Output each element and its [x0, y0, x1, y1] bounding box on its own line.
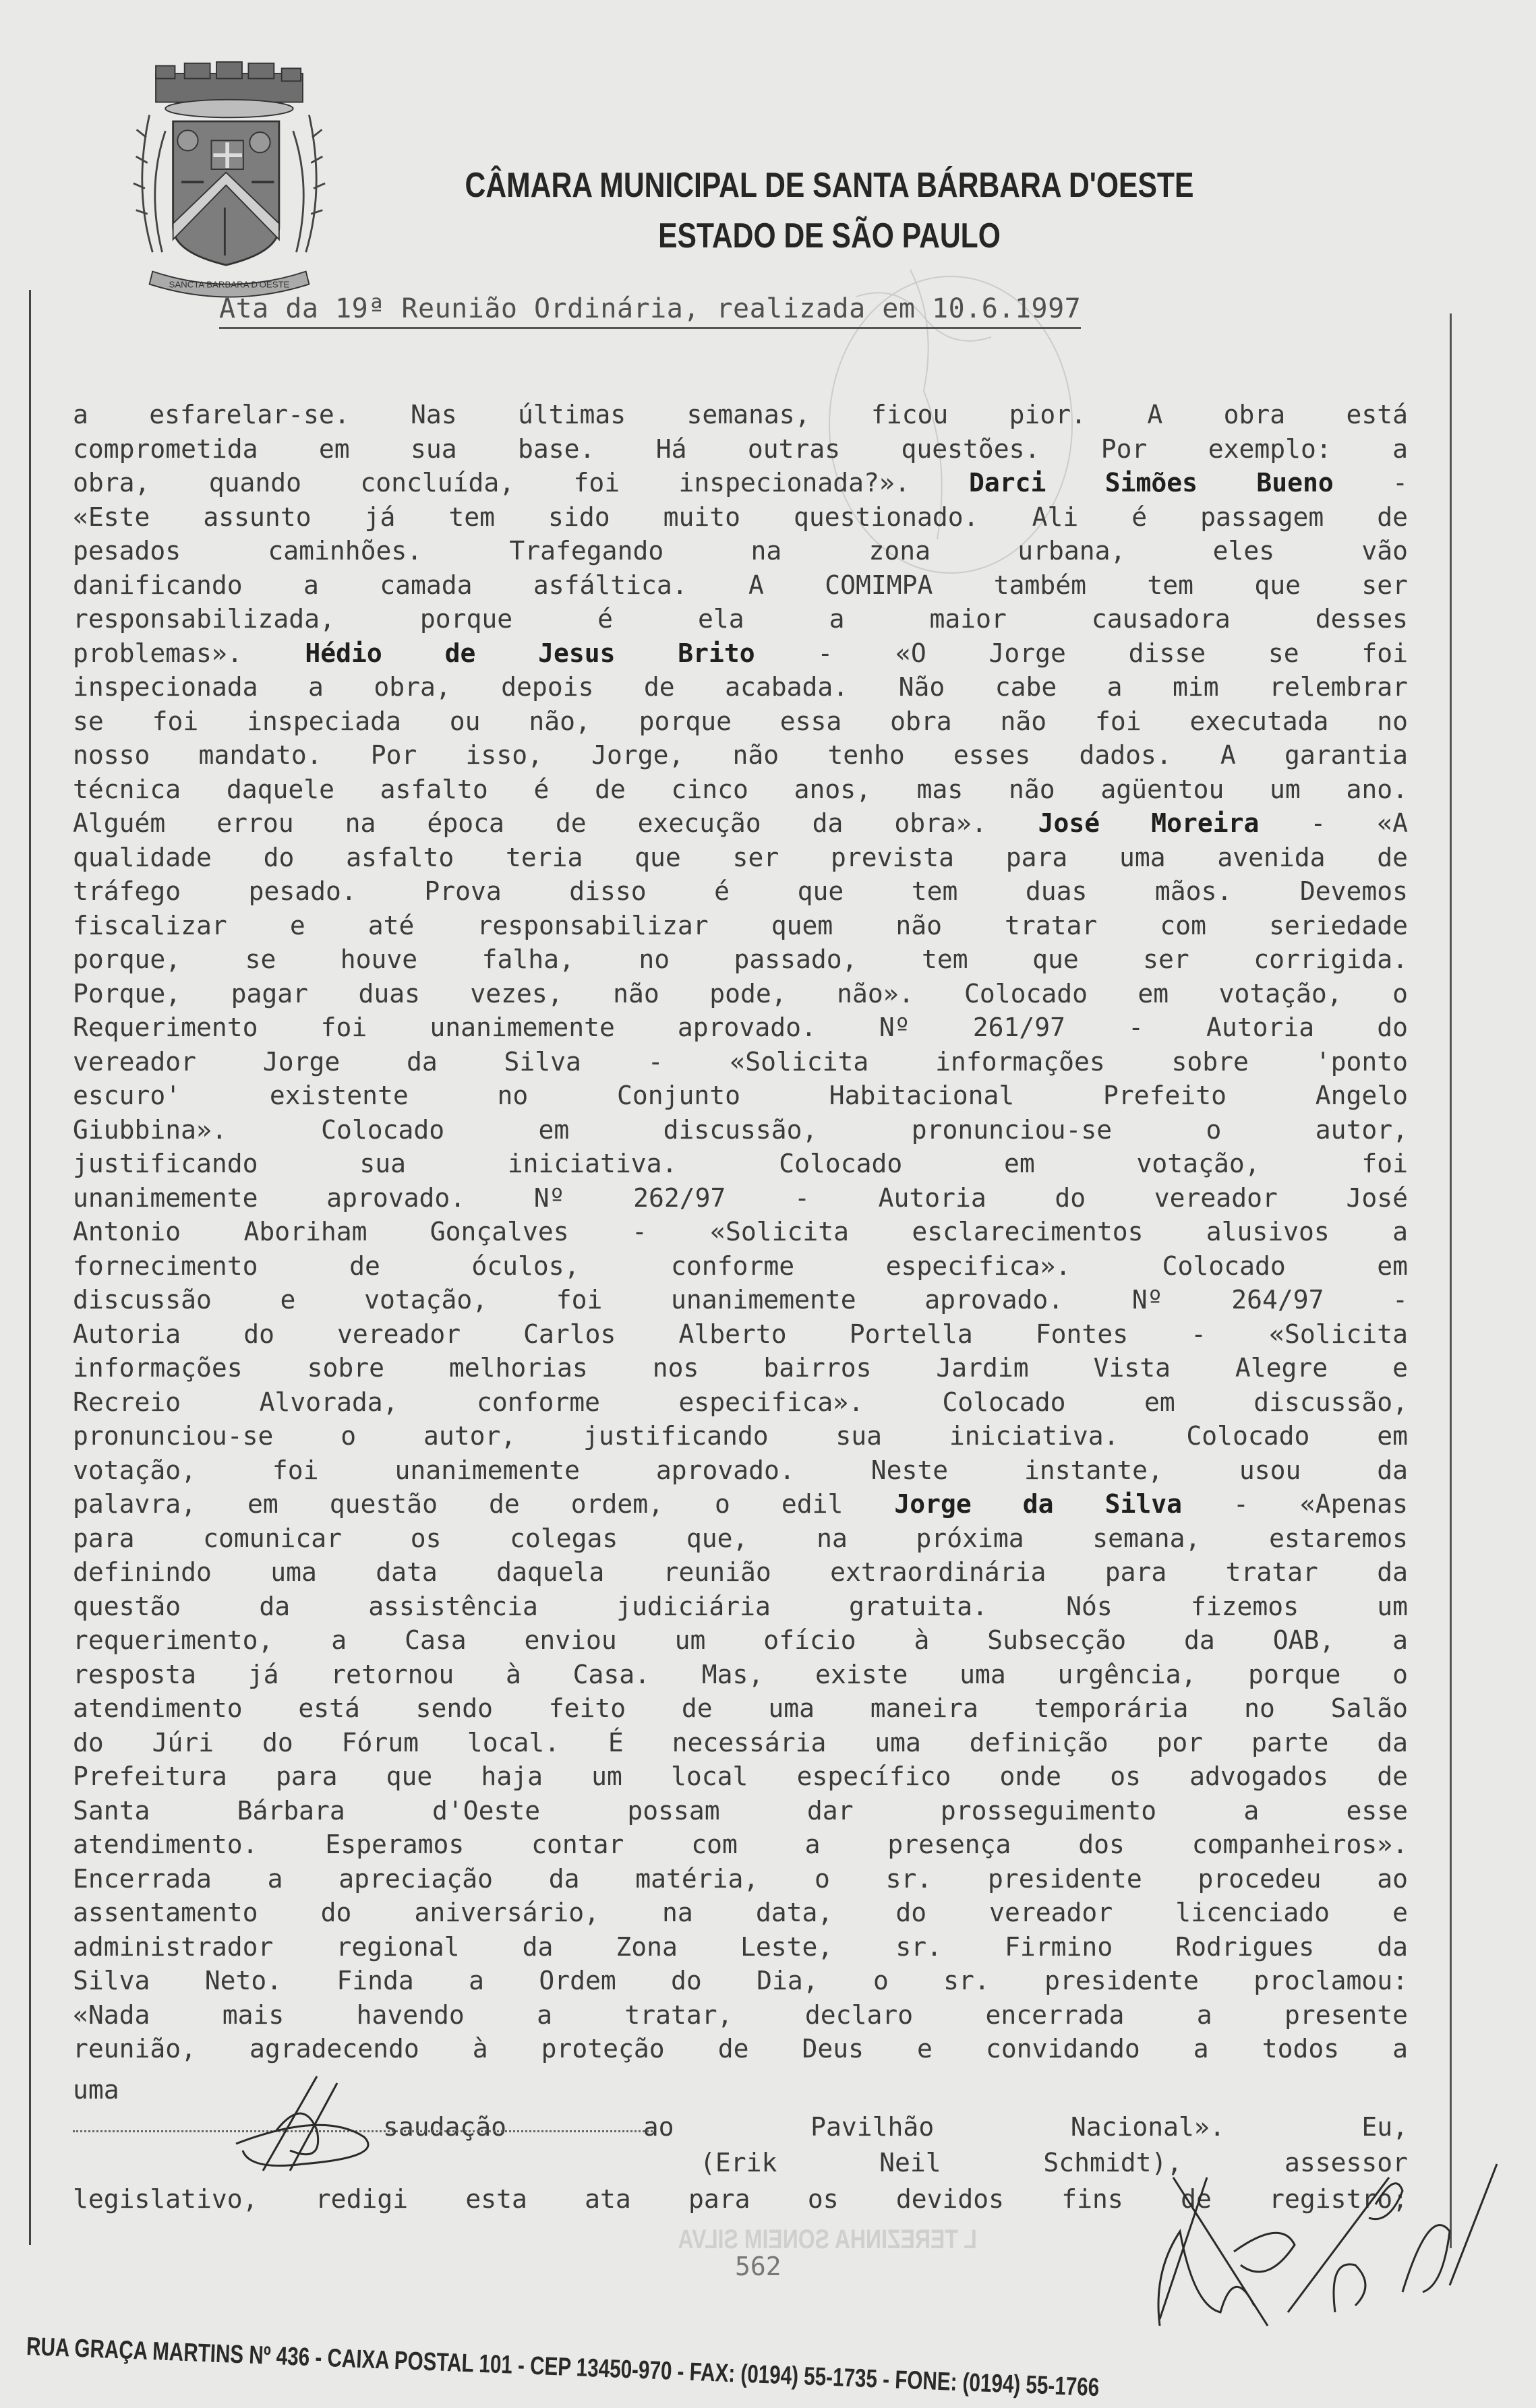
- line-text: problemas».: [73, 638, 305, 668]
- body-line: Requerimento foi unanimemente aprovado. …: [73, 1011, 1408, 1045]
- closing-line1-a: uma: [73, 2073, 119, 2107]
- line-text: escuro' existente no Conjunto Habitacion…: [73, 1081, 1408, 1110]
- line-text: técnica daquele asfalto é de cinco anos,…: [73, 775, 1408, 804]
- bleed-through-text: L TEREZINHA SONEIM SILVA: [678, 2225, 976, 2255]
- body-line: definindo uma data daquela reunião extra…: [73, 1555, 1408, 1590]
- body-line: Encerrada a apreciação da matéria, o sr.…: [73, 1862, 1408, 1896]
- line-text: responsabilizada, porque é ela a maior c…: [73, 604, 1408, 634]
- body-line: questão da assistência judiciária gratui…: [73, 1590, 1408, 1624]
- line-text: a esfarelar-se. Nas últimas semanas, fic…: [73, 400, 1408, 429]
- body-line: unanimemente aprovado. Nº 262/97 - Autor…: [73, 1181, 1408, 1215]
- body-line: se foi inspeciada ou não, porque essa ob…: [73, 704, 1408, 739]
- speaker-name: Jorge da Silva: [894, 1489, 1182, 1519]
- body-line: técnica daquele asfalto é de cinco anos,…: [73, 773, 1408, 807]
- line-text: definindo uma data daquela reunião extra…: [73, 1557, 1408, 1587]
- body-line: «Nada mais havendo a tratar, declaro enc…: [73, 1998, 1408, 2033]
- line-text: se foi inspeciada ou não, porque essa ob…: [73, 706, 1408, 736]
- body-line: qualidade do asfalto teria que ser previ…: [73, 841, 1408, 875]
- footer-address: RUA GRAÇA MARTINS Nº 436 - CAIXA POSTAL …: [26, 2332, 1100, 2403]
- line-text: Autoria do vereador Carlos Alberto Porte…: [73, 1319, 1408, 1349]
- line-text: danificando a camada asfáltica. A COMIMP…: [73, 570, 1408, 600]
- body-line: Porque, pagar duas vezes, não pode, não»…: [73, 977, 1408, 1011]
- minutes-title: Ata da 19ª Reunião Ordinária, realizada …: [219, 293, 1081, 329]
- line-text: «Este assunto já tem sido muito question…: [73, 502, 1408, 532]
- line-text: discussão e votação, foi unanimemente ap…: [73, 1285, 1408, 1315]
- body-line: fornecimento de óculos, conforme especif…: [73, 1249, 1408, 1284]
- body-line: nosso mandato. Por isso, Jorge, não tenh…: [73, 738, 1408, 773]
- line-text: palavra, em questão de ordem, o edil: [73, 1489, 894, 1519]
- line-text: requerimento, a Casa enviou um ofício à …: [73, 1625, 1408, 1655]
- line-text: do Júri do Fórum local. É necessária uma…: [73, 1728, 1408, 1757]
- speaker-name: Hédio de Jesus Brito: [305, 638, 755, 668]
- coat-of-arms-icon: SANCTA BARBARA D'OESTE: [108, 57, 351, 307]
- body-line: informações sobre melhorias nos bairros …: [73, 1351, 1408, 1385]
- line-text: justificando sua iniciativa. Colocado em…: [73, 1149, 1408, 1178]
- line-text: obra, quando concluída, foi inspecionada…: [73, 468, 969, 498]
- body-line: reunião, agradecendo à proteção de Deus …: [73, 2032, 1408, 2066]
- body-line: responsabilizada, porque é ela a maior c…: [73, 602, 1408, 636]
- speaker-name: Darci Simões Bueno: [969, 468, 1334, 498]
- line-text: «Nada mais havendo a tratar, declaro enc…: [73, 2000, 1408, 2030]
- body-line: obra, quando concluída, foi inspecionada…: [73, 466, 1408, 500]
- body-line: escuro' existente no Conjunto Habitacion…: [73, 1079, 1408, 1113]
- speaker-name: José Moreira: [1038, 808, 1260, 838]
- signature-scribble-left: [223, 2070, 506, 2184]
- crest-motto: SANCTA BARBARA D'OESTE: [169, 279, 290, 289]
- line-text: Alguém errou na época de execução da obr…: [73, 808, 1038, 838]
- line-text: - «O Jorge disse se foi: [755, 638, 1408, 668]
- line-text: unanimemente aprovado. Nº 262/97 - Autor…: [73, 1183, 1408, 1213]
- line-text: -: [1334, 468, 1408, 498]
- line-text: atendimento está sendo feito de uma mane…: [73, 1693, 1408, 1723]
- body-line: requerimento, a Casa enviou um ofício à …: [73, 1623, 1408, 1658]
- institution-name: CÂMARA MUNICIPAL DE SANTA BÁRBARA D'OEST…: [448, 165, 1211, 206]
- body-line: assentamento do aniversário, na data, do…: [73, 1896, 1408, 1930]
- closing-line1-b: saudação ao Pavilhão Nacional». Eu,: [383, 2110, 1408, 2144]
- body-line: atendimento está sendo feito de uma mane…: [73, 1691, 1408, 1726]
- body-line: tráfego pesado. Prova disso é que tem du…: [73, 874, 1408, 909]
- body-line: justificando sua iniciativa. Colocado em…: [73, 1147, 1408, 1181]
- body-line: discussão e votação, foi unanimemente ap…: [73, 1283, 1408, 1317]
- line-text: votação, foi unanimemente aprovado. Nest…: [73, 1455, 1408, 1485]
- body-line: resposta já retornou à Casa. Mas, existe…: [73, 1658, 1408, 1692]
- body-line: comprometida em sua base. Há outras ques…: [73, 432, 1408, 466]
- line-text: nosso mandato. Por isso, Jorge, não tenh…: [73, 740, 1408, 770]
- body-line: Autoria do vereador Carlos Alberto Porte…: [73, 1317, 1408, 1352]
- line-text: para comunicar os colegas que, na próxim…: [73, 1524, 1408, 1553]
- body-line: Silva Neto. Finda a Ordem do Dia, o sr. …: [73, 1964, 1408, 1998]
- line-text: - «A: [1259, 808, 1408, 838]
- body-line: pesados caminhões. Trafegando na zona ur…: [73, 534, 1408, 568]
- line-text: informações sobre melhorias nos bairros …: [73, 1353, 1408, 1383]
- body-line: a esfarelar-se. Nas últimas semanas, fic…: [73, 398, 1408, 432]
- line-text: tráfego pesado. Prova disso é que tem du…: [73, 876, 1408, 906]
- body-line: Prefeitura para que haja um local especí…: [73, 1759, 1408, 1794]
- body-line: problemas». Hédio de Jesus Brito - «O Jo…: [73, 636, 1408, 671]
- line-text: Antonio Aboriham Gonçalves - «Solicita e…: [73, 1217, 1408, 1246]
- line-text: - «Apenas: [1182, 1489, 1408, 1519]
- line-text: Santa Bárbara d'Oeste possam dar prosseg…: [73, 1796, 1408, 1826]
- line-text: qualidade do asfalto teria que ser previ…: [73, 843, 1408, 872]
- line-text: administrador regional da Zona Leste, sr…: [73, 1932, 1408, 1962]
- line-text: Recreio Alvorada, conforme especifica». …: [73, 1387, 1408, 1417]
- line-text: vereador Jorge da Silva - «Solicita info…: [73, 1047, 1408, 1077]
- frame-right-rule: [1450, 313, 1452, 2248]
- body-line: votação, foi unanimemente aprovado. Nest…: [73, 1453, 1408, 1488]
- line-text: Porque, pagar duas vezes, não pode, não»…: [73, 979, 1408, 1009]
- body-line: palavra, em questão de ordem, o edil Jor…: [73, 1487, 1408, 1522]
- page-number: 562: [735, 2252, 781, 2281]
- line-text: inspecionada a obra, depois de acabada. …: [73, 672, 1408, 702]
- line-text: Silva Neto. Finda a Ordem do Dia, o sr. …: [73, 1966, 1408, 1995]
- line-text: reunião, agradecendo à proteção de Deus …: [73, 2034, 1408, 2064]
- body-line: Santa Bárbara d'Oeste possam dar prosseg…: [73, 1794, 1408, 1828]
- body-line: inspecionada a obra, depois de acabada. …: [73, 670, 1408, 704]
- signature-scribble-right: [1133, 2150, 1510, 2339]
- body-line: fiscalizar e até responsabilizar quem nã…: [73, 909, 1408, 943]
- state-name: ESTADO DE SÃO PAULO: [448, 216, 1211, 256]
- body-line: pronunciou-se o autor, justificando sua …: [73, 1419, 1408, 1453]
- line-text: fiscalizar e até responsabilizar quem nã…: [73, 911, 1408, 940]
- body-line: «Este assunto já tem sido muito question…: [73, 500, 1408, 535]
- line-text: Prefeitura para que haja um local especí…: [73, 1762, 1408, 1791]
- line-text: pesados caminhões. Trafegando na zona ur…: [73, 536, 1408, 566]
- body-line: Alguém errou na época de execução da obr…: [73, 806, 1408, 841]
- line-text: Giubbina». Colocado em discussão, pronun…: [73, 1115, 1408, 1145]
- line-text: questão da assistência judiciária gratui…: [73, 1592, 1408, 1621]
- line-text: assentamento do aniversário, na data, do…: [73, 1898, 1408, 1927]
- frame-left-rule: [29, 290, 31, 2245]
- line-text: Requerimento foi unanimemente aprovado. …: [73, 1013, 1408, 1042]
- line-text: fornecimento de óculos, conforme especif…: [73, 1251, 1408, 1281]
- body-line: atendimento. Esperamos contar com a pres…: [73, 1828, 1408, 1862]
- body-line: Recreio Alvorada, conforme especifica». …: [73, 1385, 1408, 1420]
- body-line: Antonio Aboriham Gonçalves - «Solicita e…: [73, 1215, 1408, 1249]
- minutes-body: a esfarelar-se. Nas últimas semanas, fic…: [73, 398, 1408, 2066]
- line-text: porque, se houve falha, no passado, tem …: [73, 944, 1408, 974]
- body-line: Giubbina». Colocado em discussão, pronun…: [73, 1113, 1408, 1147]
- line-text: resposta já retornou à Casa. Mas, existe…: [73, 1660, 1408, 1689]
- body-line: administrador regional da Zona Leste, sr…: [73, 1930, 1408, 1964]
- body-line: para comunicar os colegas que, na próxim…: [73, 1522, 1408, 1556]
- line-text: atendimento. Esperamos contar com a pres…: [73, 1830, 1408, 1859]
- body-line: do Júri do Fórum local. É necessária uma…: [73, 1726, 1408, 1760]
- body-line: vereador Jorge da Silva - «Solicita info…: [73, 1045, 1408, 1079]
- body-line: danificando a camada asfáltica. A COMIMP…: [73, 568, 1408, 603]
- line-text: pronunciou-se o autor, justificando sua …: [73, 1421, 1408, 1451]
- line-text: Encerrada a apreciação da matéria, o sr.…: [73, 1864, 1408, 1894]
- line-text: comprometida em sua base. Há outras ques…: [73, 434, 1408, 464]
- body-line: porque, se houve falha, no passado, tem …: [73, 942, 1408, 977]
